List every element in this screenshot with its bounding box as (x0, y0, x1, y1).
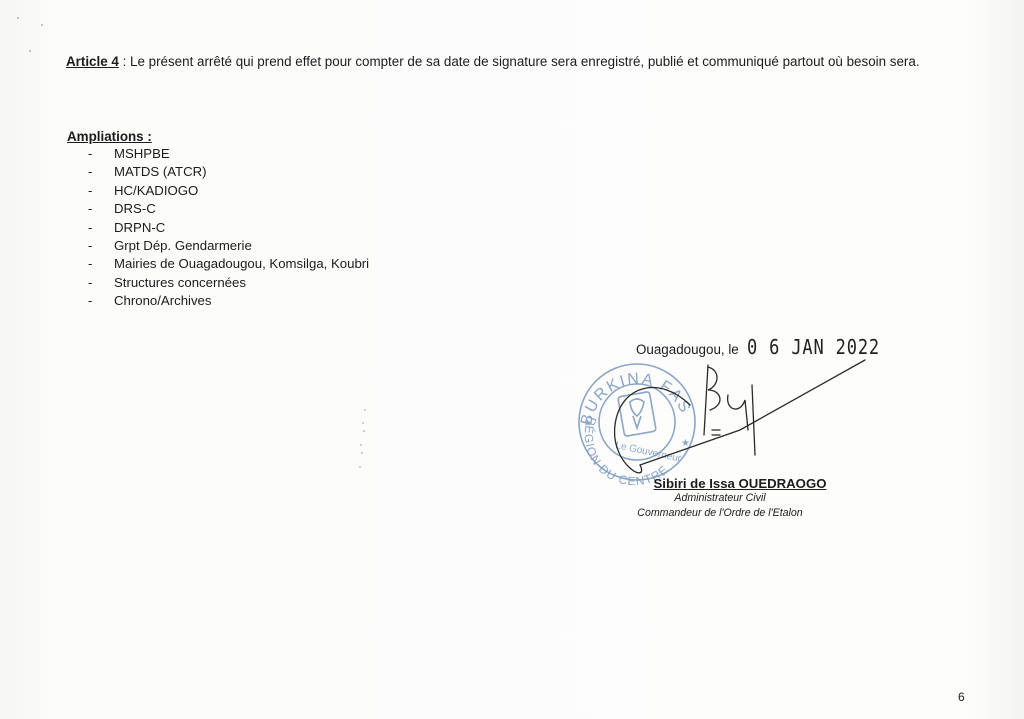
ampliation-item: -DRPN-C (88, 219, 369, 237)
ampliation-item: -HC/KADIOGO (88, 182, 369, 200)
article-4-paragraph: Article 4 : Le présent arrêté qui prend … (66, 52, 946, 72)
ampliation-item: -Structures concernées (88, 274, 369, 292)
ampliation-text: DRS-C (114, 201, 156, 216)
list-bullet: - (88, 255, 92, 273)
signer-distinction: Commandeur de l'Ordre de l'Etalon (600, 506, 840, 521)
scan-speck (17, 17, 19, 19)
signer-name: Sibiri de Issa OUEDRAOGO (640, 476, 840, 491)
list-bullet: - (88, 182, 92, 200)
ampliation-text: Grpt Dép. Gendarmerie (114, 238, 252, 253)
ampliation-text: MSHPBE (114, 146, 170, 161)
page-number: 6 (958, 690, 965, 704)
list-bullet: - (88, 163, 92, 181)
scan-speck (29, 50, 31, 52)
ampliation-text: Structures concernées (114, 275, 246, 290)
ampliation-item: -DRS-C (88, 200, 369, 218)
list-bullet: - (88, 200, 92, 218)
article-text: : Le présent arrêté qui prend effet pour… (119, 54, 920, 69)
ampliation-text: Chrono/Archives (114, 293, 211, 308)
scan-artifact (355, 405, 375, 475)
ampliation-text: MATDS (ATCR) (114, 164, 207, 179)
ampliation-text: Mairies de Ouagadougou, Komsilga, Koubri (114, 256, 369, 271)
signer-block: Sibiri de Issa OUEDRAOGO Administrateur … (600, 476, 840, 521)
list-bullet: - (88, 292, 92, 310)
signer-title: Administrateur Civil (600, 491, 840, 506)
list-bullet: - (88, 237, 92, 255)
document-page: Article 4 : Le présent arrêté qui prend … (0, 0, 1024, 719)
article-label: Article 4 (66, 54, 119, 69)
ampliation-item: -Chrono/Archives (88, 292, 369, 310)
ampliation-item: -Grpt Dép. Gendarmerie (88, 237, 369, 255)
list-bullet: - (88, 274, 92, 292)
ampliation-item: -MATDS (ATCR) (88, 163, 369, 181)
ampliation-item: -Mairies de Ouagadougou, Komsilga, Koubr… (88, 255, 369, 273)
ampliation-text: DRPN-C (114, 220, 165, 235)
ampliations-heading: Ampliations : (67, 129, 152, 144)
list-bullet: - (88, 219, 92, 237)
ampliation-item: -MSHPBE (88, 145, 369, 163)
ampliations-list: -MSHPBE-MATDS (ATCR)-HC/KADIOGO-DRS-C-DR… (88, 145, 369, 311)
ampliation-text: HC/KADIOGO (114, 183, 198, 198)
scan-speck (41, 24, 43, 26)
list-bullet: - (88, 145, 92, 163)
handwritten-signature (580, 355, 880, 495)
